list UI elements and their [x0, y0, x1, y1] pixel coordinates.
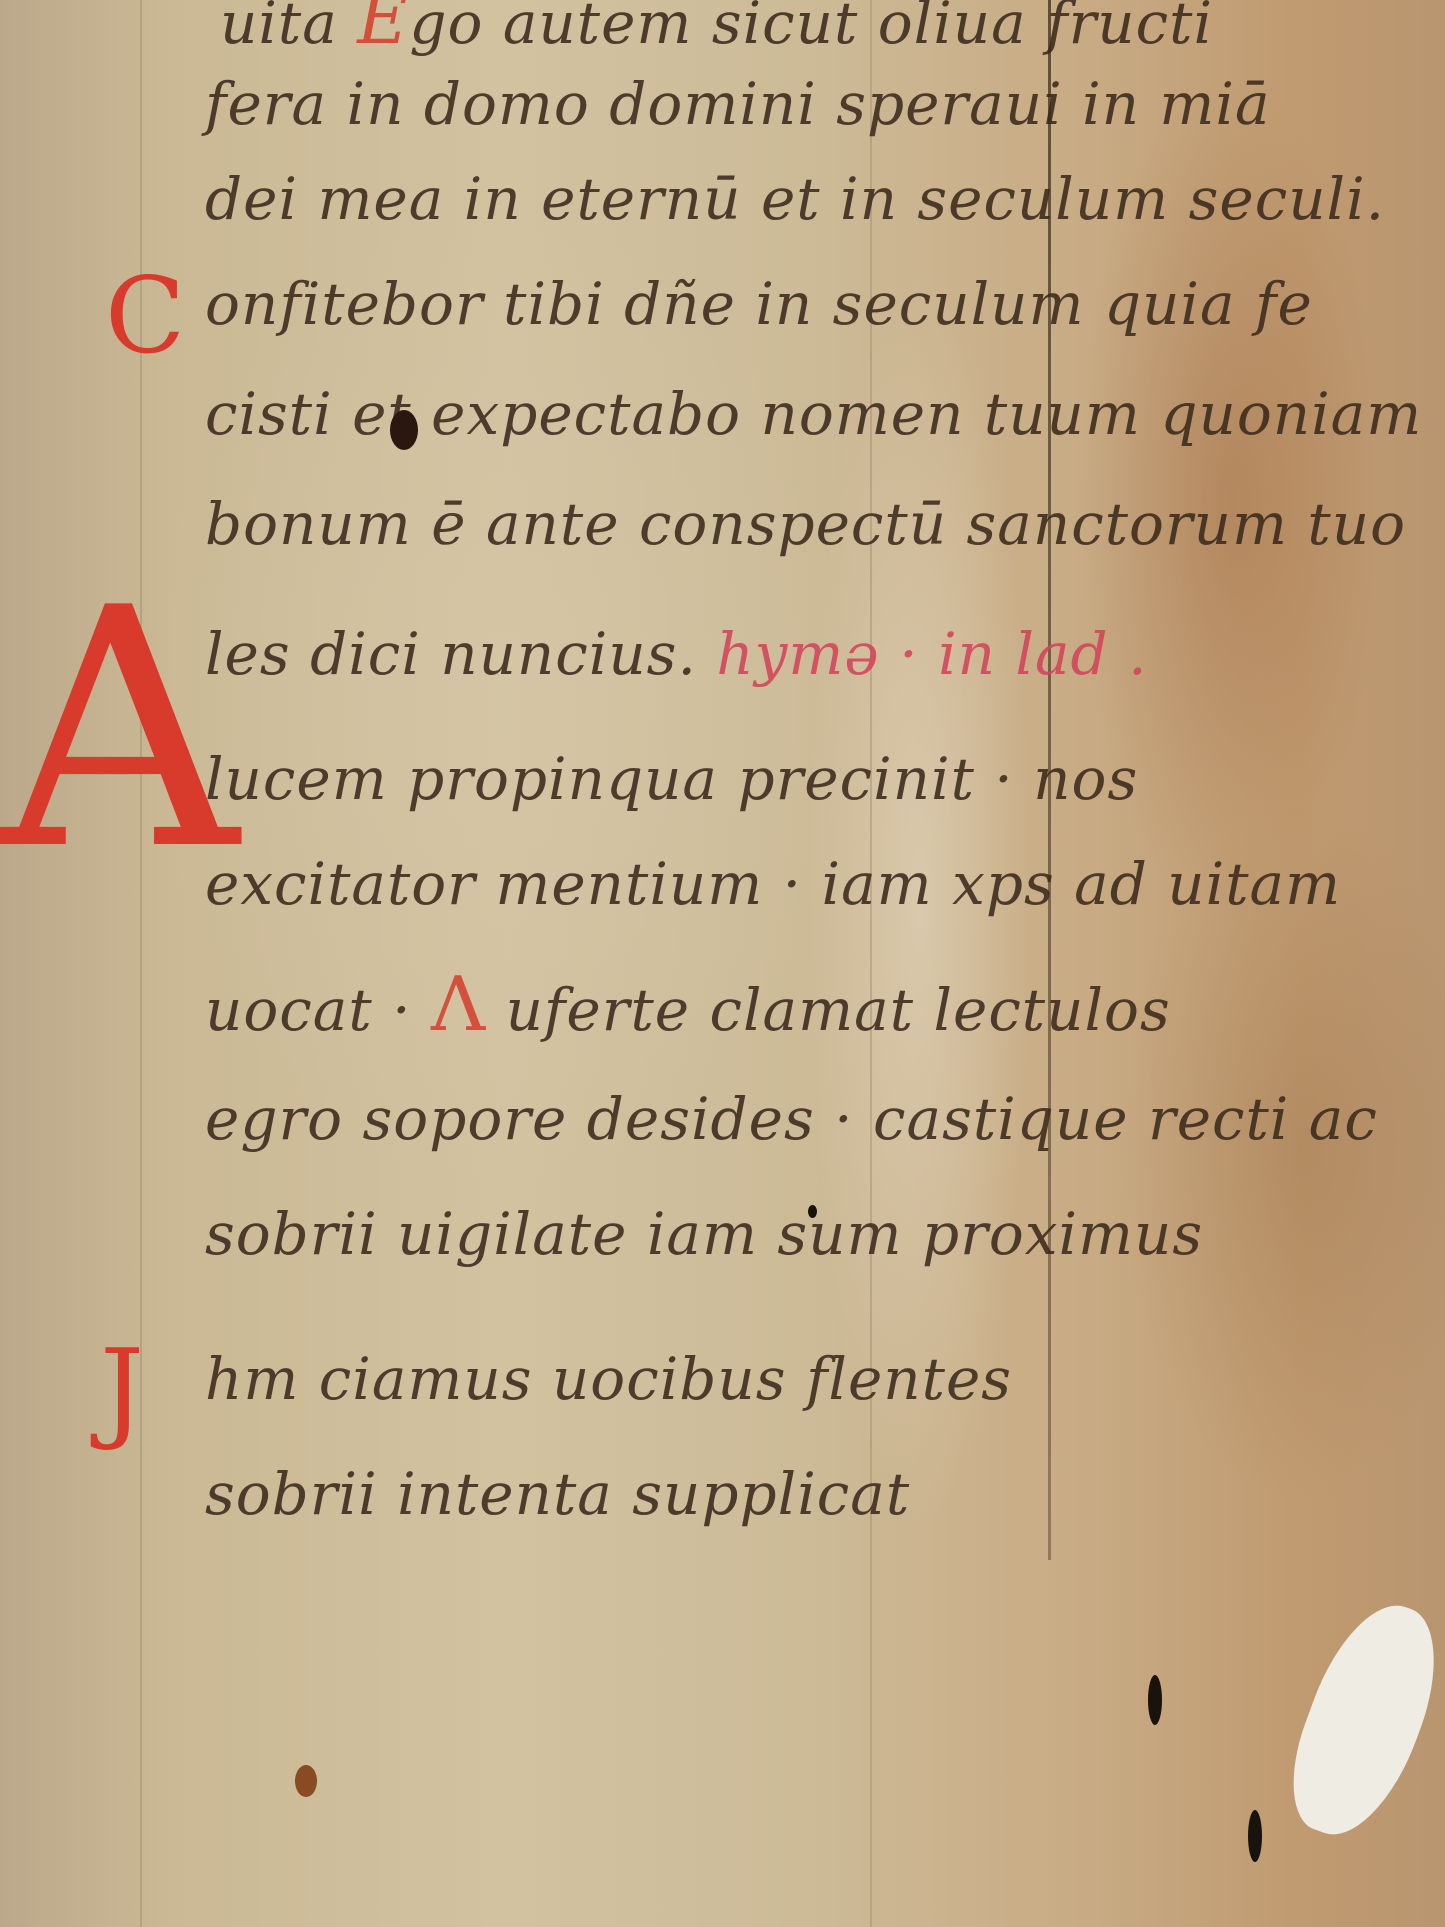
text-line-6: bonum ē ante conspectū sanctorum tuo — [205, 490, 1406, 558]
ink-blot — [390, 410, 418, 450]
text-line-11: egro sopore desides · castique recti ac — [205, 1085, 1378, 1153]
rubric-initial-j: J — [100, 1325, 144, 1453]
rubric-initial-lambda: Λ — [431, 960, 486, 1048]
text-line-13: hm ciamus uocibus flentes — [205, 1345, 1012, 1413]
text-line-1: uita Ego autem sicut oliua fructi — [220, 0, 1213, 60]
worn-patch — [1272, 1588, 1445, 1851]
text-line-3: dei mea in eternū et in seculum seculi. — [205, 165, 1385, 233]
worm-hole — [1148, 1675, 1162, 1725]
text-line-8: lucem propinqua precinit · nos — [205, 745, 1138, 813]
worm-hole — [1248, 1810, 1262, 1862]
text-line-12: sobrii uigilate iam sum proximus — [205, 1200, 1203, 1268]
worm-hole — [808, 1205, 817, 1218]
text-line-9: excitator mentium · iam xps ad uitam — [205, 850, 1341, 918]
stain-spot — [295, 1765, 317, 1797]
text-line-2: fera in domo domini speraui in miā — [205, 70, 1271, 138]
text-line-4: onfitebor tibi dñe in seculum quia fe — [205, 270, 1313, 338]
manuscript-page: uita Ego autem sicut oliua fructi fera i… — [0, 0, 1445, 1927]
rubric-initial-c: C — [105, 255, 185, 377]
text-line-10: uocat · Λ uferte clamat lectulos — [205, 960, 1171, 1048]
rubric-hymnus: hymə · in lad . — [716, 620, 1147, 688]
text-line-14: sobrii intenta supplicat — [205, 1460, 910, 1528]
text-line-5: cisti et expectabo nomen tuum quoniam — [205, 380, 1422, 448]
text-line-7: les dici nuncius. hymə · in lad . — [205, 620, 1148, 688]
rubric-initial-a: A — [0, 565, 238, 895]
